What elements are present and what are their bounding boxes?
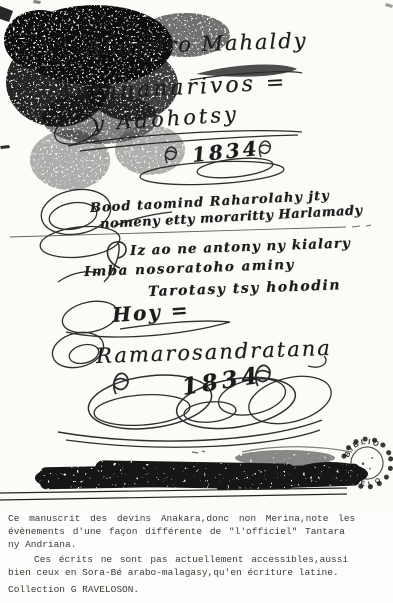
caption: Ce manuscrit des devins Anakara,donc non…	[8, 512, 388, 596]
caption-para2-line1: Ces écrits ne sont pas actuellement acce…	[8, 553, 388, 566]
caption-para1-line2: évènements d'une façon différente de "l'…	[8, 525, 388, 538]
caption-para2-line2: bien ceux en Sora-Bé arabo-malagasy,qu'e…	[8, 566, 388, 579]
scan-page: BIBLIO VELO Alaindro Mahaldy Antananariv…	[0, 0, 393, 603]
caption-para1-line1: Ce manuscrit des devins Anakara,donc non…	[8, 512, 388, 525]
collection-credit: Collection G RAVELOSON.	[8, 583, 388, 596]
manuscript-photo: BIBLIO VELO Alaindro Mahaldy Antananariv…	[0, 0, 393, 510]
caption-para1-line3: ny Andriana.	[8, 538, 388, 551]
